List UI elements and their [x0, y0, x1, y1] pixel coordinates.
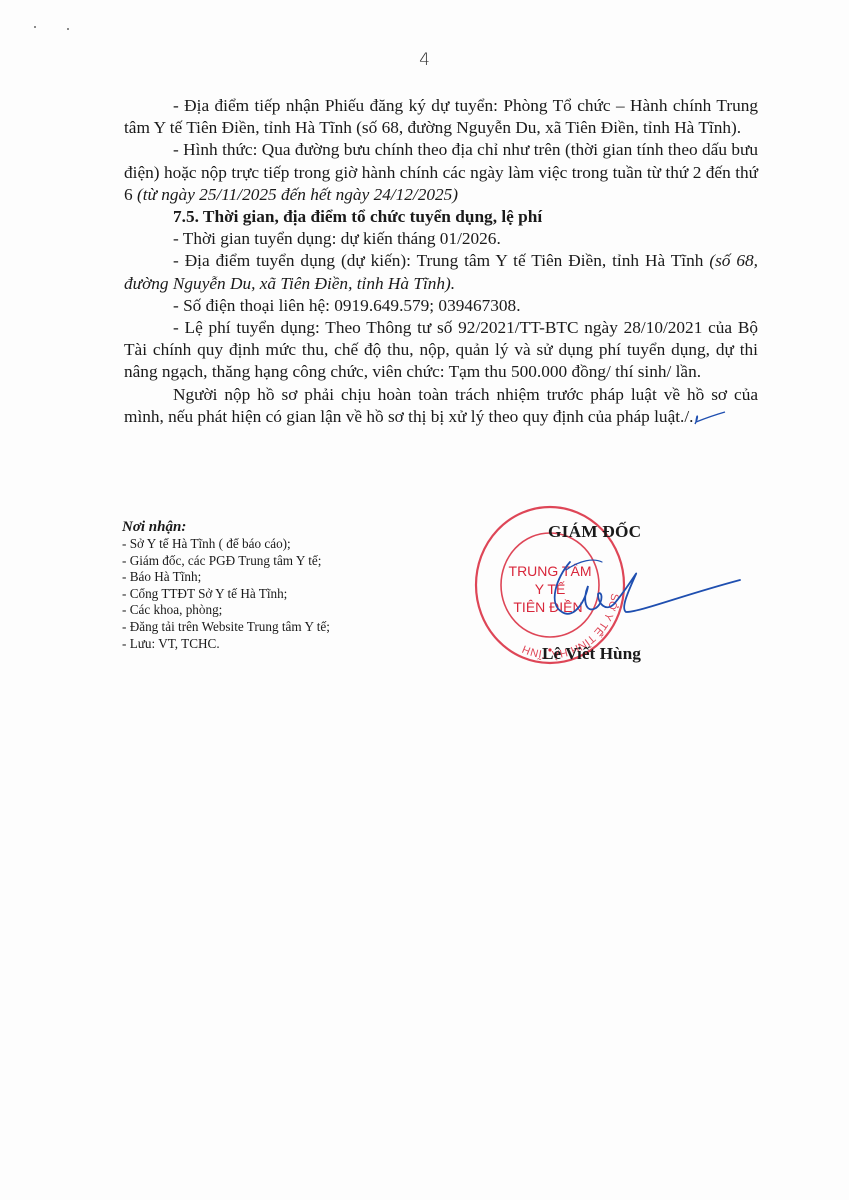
recipient-item: - Cổng TTĐT Sở Y tế Hà Tĩnh; — [122, 586, 442, 603]
submission-period: (từ ngày 25/11/2025 đến hết ngày 24/12/2… — [137, 185, 458, 204]
recipients-block: Nơi nhận: - Sở Y tế Hà Tĩnh ( để báo cáo… — [122, 518, 442, 652]
recruitment-location-paragraph: - Địa điểm tuyển dụng (dự kiến): Trung t… — [124, 250, 758, 294]
recipients-title: Nơi nhận: — [122, 518, 442, 536]
fee-paragraph: - Lệ phí tuyển dụng: Theo Thông tư số 92… — [124, 317, 758, 384]
submission-location-paragraph: - Địa điểm tiếp nhận Phiếu đăng ký dự tu… — [124, 95, 758, 139]
page-number: 4 — [0, 50, 849, 70]
recruitment-location-text: - Địa điểm tuyển dụng (dự kiến): Trung t… — [173, 251, 709, 270]
recipient-item: - Báo Hà Tĩnh; — [122, 569, 442, 586]
responsibility-text: Người nộp hồ sơ phải chịu hoàn toàn trác… — [124, 385, 758, 426]
initial-mark-icon — [693, 410, 727, 426]
recipient-item: - Các khoa, phòng; — [122, 602, 442, 619]
scan-artifact — [67, 28, 69, 30]
section-heading: 7.5. Thời gian, địa điểm tổ chức tuyển d… — [124, 206, 758, 228]
recipient-item: - Sở Y tế Hà Tĩnh ( để báo cáo); — [122, 536, 442, 553]
document-body: - Địa điểm tiếp nhận Phiếu đăng ký dự tu… — [124, 95, 758, 428]
responsibility-paragraph: Người nộp hồ sơ phải chịu hoàn toàn trác… — [124, 384, 758, 428]
signer-name: Lê Viết Hùng — [542, 644, 641, 664]
recipient-item: - Giám đốc, các PGĐ Trung tâm Y tế; — [122, 553, 442, 570]
signature-block: SỞ Y TẾ TỈNH HÀ TĨNH TRUNG TÂM Y TẾ TIÊN… — [470, 500, 770, 680]
submission-method-paragraph: - Hình thức: Qua đường bưu chính theo đị… — [124, 139, 758, 206]
recruitment-time-paragraph: - Thời gian tuyển dụng: dự kiến tháng 01… — [124, 228, 758, 250]
recipient-item: - Đăng tải trên Website Trung tâm Y tế; — [122, 619, 442, 636]
recipient-item: - Lưu: VT, TCHC. — [122, 636, 442, 653]
scan-artifact — [34, 26, 36, 28]
contact-phone-paragraph: - Số điện thoại liên hệ: 0919.649.579; 0… — [124, 295, 758, 317]
